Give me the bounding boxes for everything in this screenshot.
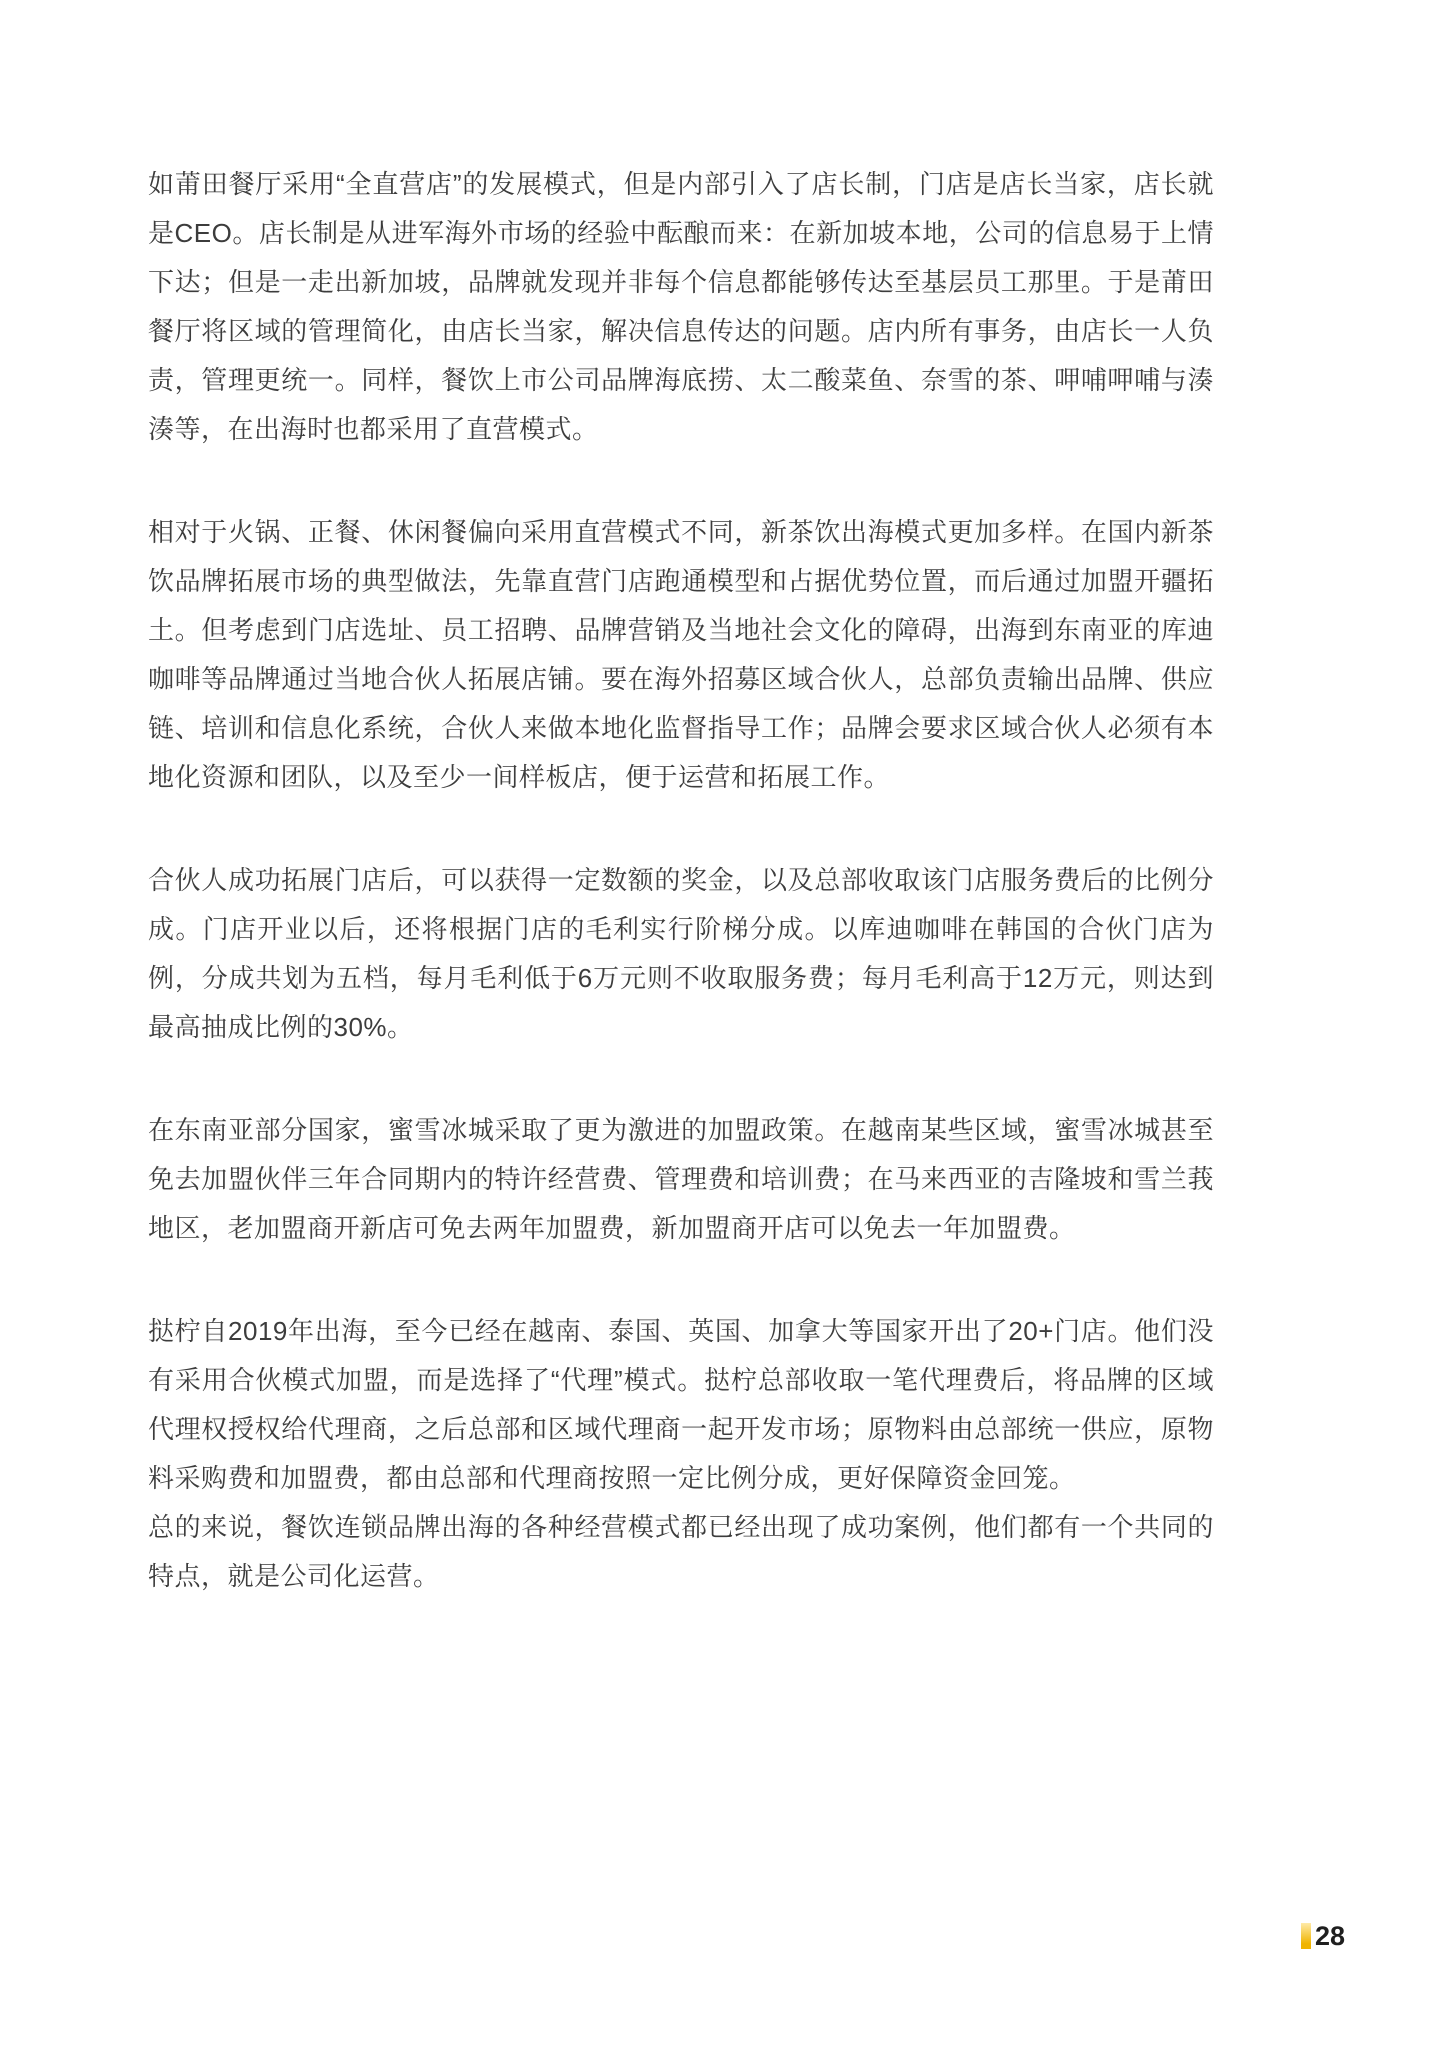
paragraph-6: 总的来说，餐饮连锁品牌出海的各种经营模式都已经出现了成功案例，他们都有一个共同的…	[148, 1503, 1214, 1601]
paragraph-4: 在东南亚部分国家，蜜雪冰城采取了更为激进的加盟政策。在越南某些区域，蜜雪冰城甚至…	[148, 1106, 1214, 1253]
page-marker-icon	[1301, 1923, 1311, 1949]
paragraph-1: 如莆田餐厅采用“全直营店”的发展模式，但是内部引入了店长制，门店是店长当家，店长…	[148, 160, 1214, 454]
paragraph-2: 相对于火锅、正餐、休闲餐偏向采用直营模式不同，新茶饮出海模式更加多样。在国内新茶…	[148, 508, 1214, 802]
page-body-text: 如莆田餐厅采用“全直营店”的发展模式，但是内部引入了店长制，门店是店长当家，店长…	[148, 160, 1214, 1601]
page-number: 28	[1315, 1923, 1345, 1949]
paragraph-5: 挞柠自2019年出海，至今已经在越南、泰国、英国、加拿大等国家开出了20+门店。…	[148, 1307, 1214, 1503]
page-footer: 28	[1301, 1923, 1345, 1949]
paragraph-3: 合伙人成功拓展门店后，可以获得一定数额的奖金，以及总部收取该门店服务费后的比例分…	[148, 856, 1214, 1052]
document-page: 如莆田餐厅采用“全直营店”的发展模式，但是内部引入了店长制，门店是店长当家，店长…	[0, 0, 1456, 2047]
